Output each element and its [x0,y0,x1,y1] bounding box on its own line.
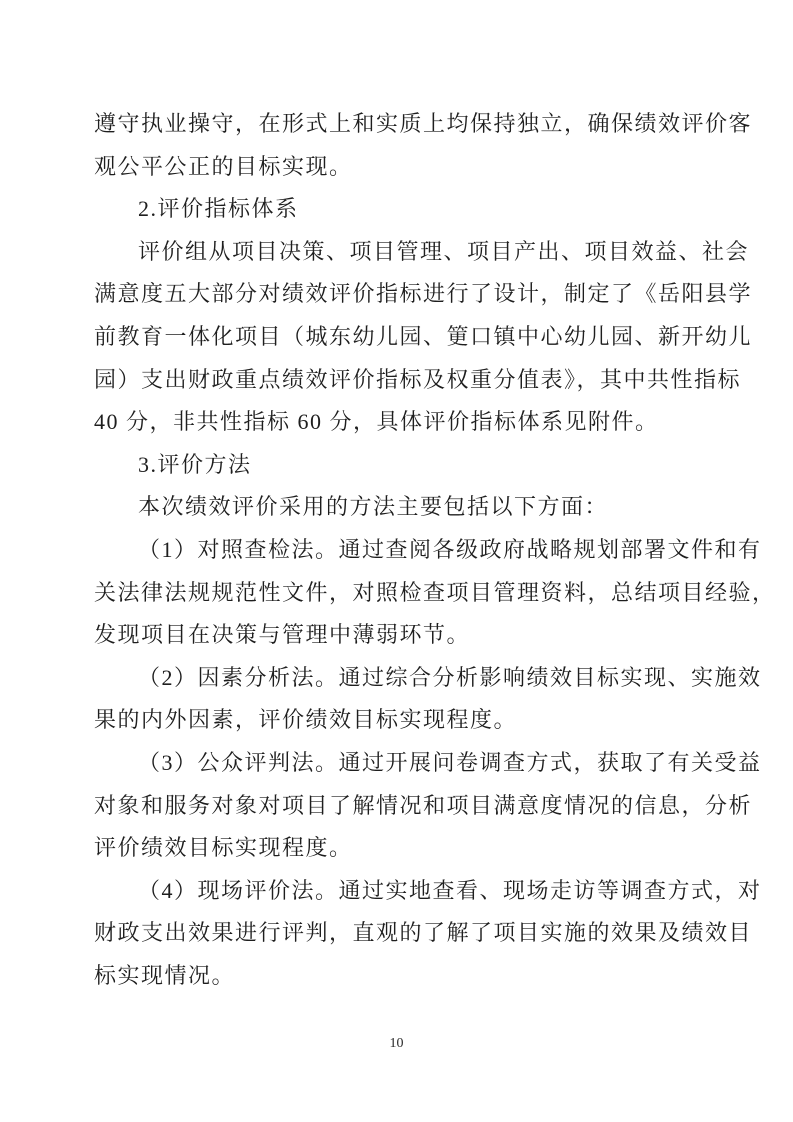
text-line: 财政支出效果进行评判，直观的了解了项目实施的效果及绩效目 [94,912,710,955]
section-heading: 3.评价方法 [94,444,710,487]
text-line: 观公平公正的目标实现。 [94,146,710,189]
text-line: 标实现情况。 [94,955,710,998]
text-line: 评价组从项目决策、项目管理、项目产出、项目效益、社会 [94,231,710,274]
text-line: 40 分，非共性指标 60 分，具体评价指标体系见附件。 [94,401,710,444]
text-line: 发现项目在决策与管理中薄弱环节。 [94,614,710,657]
text-line: 园）支出财政重点绩效评价指标及权重分值表》，其中共性指标 [94,359,710,402]
text-line: 评价绩效目标实现程度。 [94,827,710,870]
text-line: 满意度五大部分对绩效评价指标进行了设计，制定了《岳阳县学 [94,273,710,316]
text-line: 果的内外因素，评价绩效目标实现程度。 [94,699,710,742]
text-line: （1）对照查检法。通过查阅各级政府战略规划部署文件和有 [94,529,710,572]
section-heading: 2.评价指标体系 [94,188,710,231]
document-body-text: 遵守执业操守，在形式上和实质上均保持独立，确保绩效评价客 观公平公正的目标实现。… [94,103,710,997]
text-line: （2）因素分析法。通过综合分析影响绩效目标实现、实施效 [94,657,710,700]
text-line: （4）现场评价法。通过实地查看、现场走访等调查方式，对 [94,870,710,913]
text-line: 本次绩效评价采用的方法主要包括以下方面： [94,486,710,529]
text-line: 遵守执业操守，在形式上和实质上均保持独立，确保绩效评价客 [94,103,710,146]
text-line: 前教育一体化项目（城东幼儿园、筻口镇中心幼儿园、新开幼儿 [94,316,710,359]
text-line: 关法律法规规范性文件，对照检查项目管理资料，总结项目经验， [94,572,710,615]
text-line: （3）公众评判法。通过开展问卷调查方式，获取了有关受益 [94,742,710,785]
text-line: 对象和服务对象对项目了解情况和项目满意度情况的信息，分析 [94,785,710,828]
document-page: 遵守执业操守，在形式上和实质上均保持独立，确保绩效评价客 观公平公正的目标实现。… [0,0,793,1122]
page-number: 10 [0,1036,793,1052]
